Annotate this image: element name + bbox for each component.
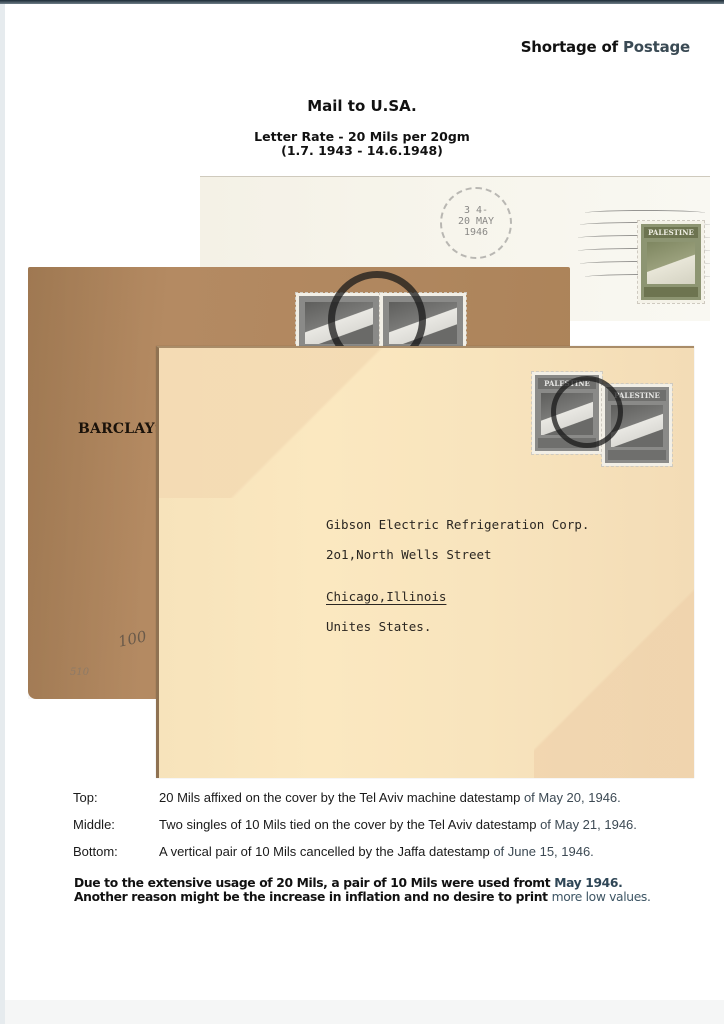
- caption-text: A vertical pair of 10 Mils cancelled by …: [159, 844, 493, 859]
- conclusion-line: Due to the extensive usage of 20 Mils, a…: [74, 876, 651, 890]
- stamp-20-mils: PALESTINE: [638, 221, 704, 303]
- scan-edge-bottom: [5, 1000, 724, 1024]
- caption-date: of May 21, 1946.: [540, 817, 637, 832]
- conclusion-accent: May 1946.: [554, 876, 622, 890]
- conclusion-text: Due to the extensive usage of 20 Mils, a…: [74, 876, 554, 890]
- pencil-note: 510: [70, 667, 89, 678]
- recipient-address: Gibson Electric Refrigeration Corp. 2o1,…: [326, 517, 589, 649]
- page-header-accent: Postage: [623, 38, 690, 56]
- address-line: Unites States.: [326, 619, 589, 649]
- address-line: 2o1,North Wells Street: [326, 547, 589, 577]
- barclays-imprint: BARCLAYS: [78, 421, 165, 437]
- caption-text: Two singles of 10 Mils tied on the cover…: [159, 817, 540, 832]
- postmark-text: 3 4- 20 MAY 1946: [452, 205, 500, 238]
- stamp-country: PALESTINE: [644, 227, 698, 238]
- caption-row: Top: 20 Mils affixed on the cover by the…: [73, 790, 637, 817]
- address-line: Chicago,Illinois: [326, 589, 589, 619]
- page-title: Mail to U.SA.: [0, 97, 724, 115]
- stamp-footer: [644, 287, 698, 297]
- conclusion-note: Due to the extensive usage of 20 Mils, a…: [74, 876, 651, 904]
- caption-text: 20 Mils affixed on the cover by the Tel …: [159, 790, 524, 805]
- caption-row: Bottom: A vertical pair of 10 Mils cance…: [73, 844, 637, 871]
- address-line: Gibson Electric Refrigeration Corp.: [326, 517, 589, 547]
- conclusion-accent: more low values.: [552, 890, 651, 904]
- address-gap: [326, 577, 589, 589]
- rate-line: Letter Rate - 20 Mils per 20gm: [0, 130, 724, 144]
- scan-edge-top: [0, 0, 724, 4]
- conclusion-text: Another reason might be the increase in …: [74, 890, 552, 904]
- rate-subtitle: Letter Rate - 20 Mils per 20gm (1.7. 194…: [0, 130, 724, 158]
- machine-cancel-wave: [585, 210, 705, 216]
- period-line: (1.7. 1943 - 14.6.1948): [0, 144, 724, 158]
- page-header: Shortage of Postage: [521, 38, 690, 56]
- postmark-circle: [551, 376, 623, 448]
- caption-label: Bottom:: [73, 844, 159, 871]
- caption-list: Top: 20 Mils affixed on the cover by the…: [73, 790, 637, 871]
- caption-label: Top:: [73, 790, 159, 817]
- caption-date: of May 20, 1946.: [524, 790, 621, 805]
- conclusion-line: Another reason might be the increase in …: [74, 890, 651, 904]
- envelope-flap-shade: [159, 348, 459, 498]
- caption-row: Middle: Two singles of 10 Mils tied on t…: [73, 817, 637, 844]
- page-header-lead: Shortage of: [521, 38, 623, 56]
- caption-date: of June 15, 1946.: [493, 844, 593, 859]
- stamp-footer: [608, 450, 666, 460]
- stamp-image: [647, 242, 695, 284]
- caption-label: Middle:: [73, 817, 159, 844]
